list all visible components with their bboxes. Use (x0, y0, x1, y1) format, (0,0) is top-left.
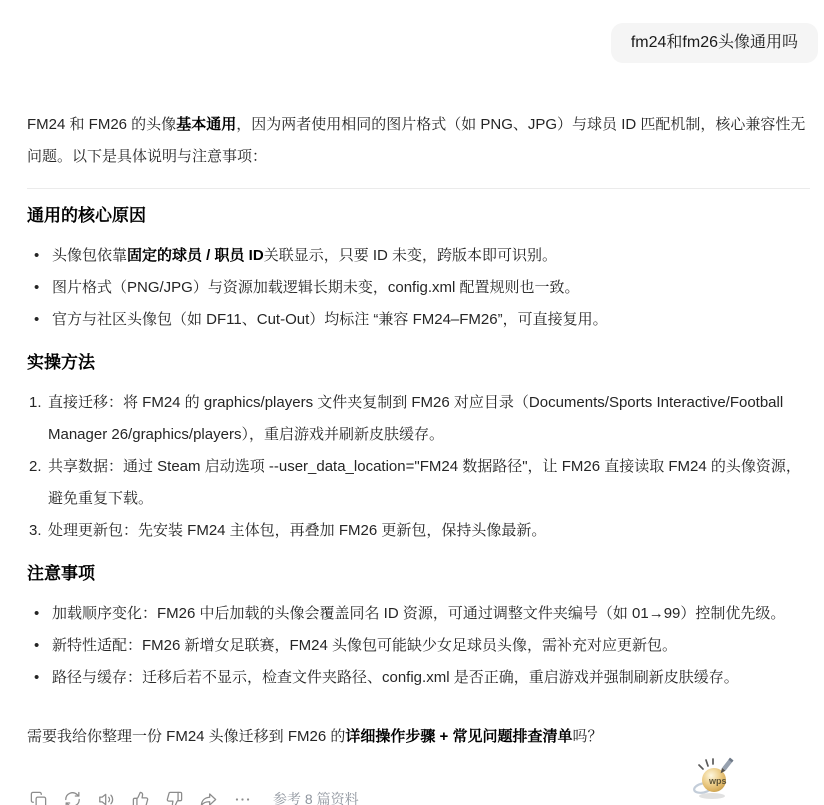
list-item: 新特性适配：FM26 新增女足联赛，FM24 头像包可能缺少女足球员头像，需补充… (27, 630, 810, 662)
thumbs-down-icon (165, 790, 184, 805)
list-item: 官方与社区头像包（如 DF11、Cut-Out）均标注 “兼容 FM24–FM2… (27, 304, 810, 336)
list-item: 图片格式（PNG/JPG）与资源加载逻辑长期未变，config.xml 配置规则… (27, 272, 810, 304)
thumbs-up-button[interactable] (131, 790, 150, 805)
read-aloud-button[interactable] (97, 790, 116, 805)
regenerate-icon (63, 790, 82, 805)
share-button[interactable] (199, 790, 218, 805)
methods-list: 直接迁移：将 FM24 的 graphics/players 文件夹复制到 FM… (27, 387, 810, 547)
more-icon (233, 790, 252, 805)
list-item: 直接迁移：将 FM24 的 graphics/players 文件夹复制到 FM… (27, 387, 810, 451)
list-item: 路径与缓存：迁移后若不显示，检查文件夹路径、config.xml 是否正确，重启… (27, 662, 810, 694)
notes-list: 加载顺序变化：FM26 中后加载的头像会覆盖同名 ID 资源，可通过调整文件夹编… (27, 598, 810, 694)
list-item: 头像包依靠固定的球员 / 职员 ID关联显示，只要 ID 未变，跨版本即可识别。 (27, 240, 810, 272)
section-title-notes: 注意事项 (27, 562, 810, 586)
thumbs-up-icon (131, 790, 150, 805)
intro-paragraph: FM24 和 FM26 的头像基本通用，因为两者使用相同的图片格式（如 PNG、… (27, 109, 810, 173)
read-aloud-icon (97, 790, 116, 805)
copy-icon (29, 790, 48, 805)
wps-mascot-icon: wps (688, 752, 740, 802)
user-message-row: fm24和fm26头像通用吗 (0, 0, 824, 63)
list-item: 共享数据：通过 Steam 启动选项 --user_data_location=… (27, 451, 810, 515)
copy-button[interactable] (29, 790, 48, 805)
user-message-bubble: fm24和fm26头像通用吗 (611, 23, 818, 63)
assistant-message: FM24 和 FM26 的头像基本通用，因为两者使用相同的图片格式（如 PNG、… (0, 109, 824, 753)
svg-text:wps: wps (708, 776, 727, 786)
regenerate-button[interactable] (63, 790, 82, 805)
closing-paragraph: 需要我给你整理一份 FM24 头像迁移到 FM26 的详细操作步骤 + 常见问题… (27, 721, 810, 753)
share-icon (199, 790, 218, 805)
core-reasons-list: 头像包依靠固定的球员 / 职员 ID关联显示，只要 ID 未变，跨版本即可识别。… (27, 240, 810, 336)
reference-count-link[interactable]: 参考 8 篇资料 (273, 789, 359, 805)
section-title-methods: 实操方法 (27, 351, 810, 375)
section-divider (27, 188, 810, 189)
section-title-core-reasons: 通用的核心原因 (27, 204, 810, 228)
list-item: 加载顺序变化：FM26 中后加载的头像会覆盖同名 ID 资源，可通过调整文件夹编… (27, 598, 810, 630)
user-message-text: fm24和fm26头像通用吗 (631, 34, 798, 51)
list-item: 处理更新包：先安装 FM24 主体包，再叠加 FM26 更新包，保持头像最新。 (27, 515, 810, 547)
chat-panel: fm24和fm26头像通用吗 FM24 和 FM26 的头像基本通用，因为两者使… (0, 0, 824, 805)
more-button[interactable] (233, 790, 252, 805)
wps-mascot[interactable]: wps (688, 752, 740, 802)
thumbs-down-button[interactable] (165, 790, 184, 805)
